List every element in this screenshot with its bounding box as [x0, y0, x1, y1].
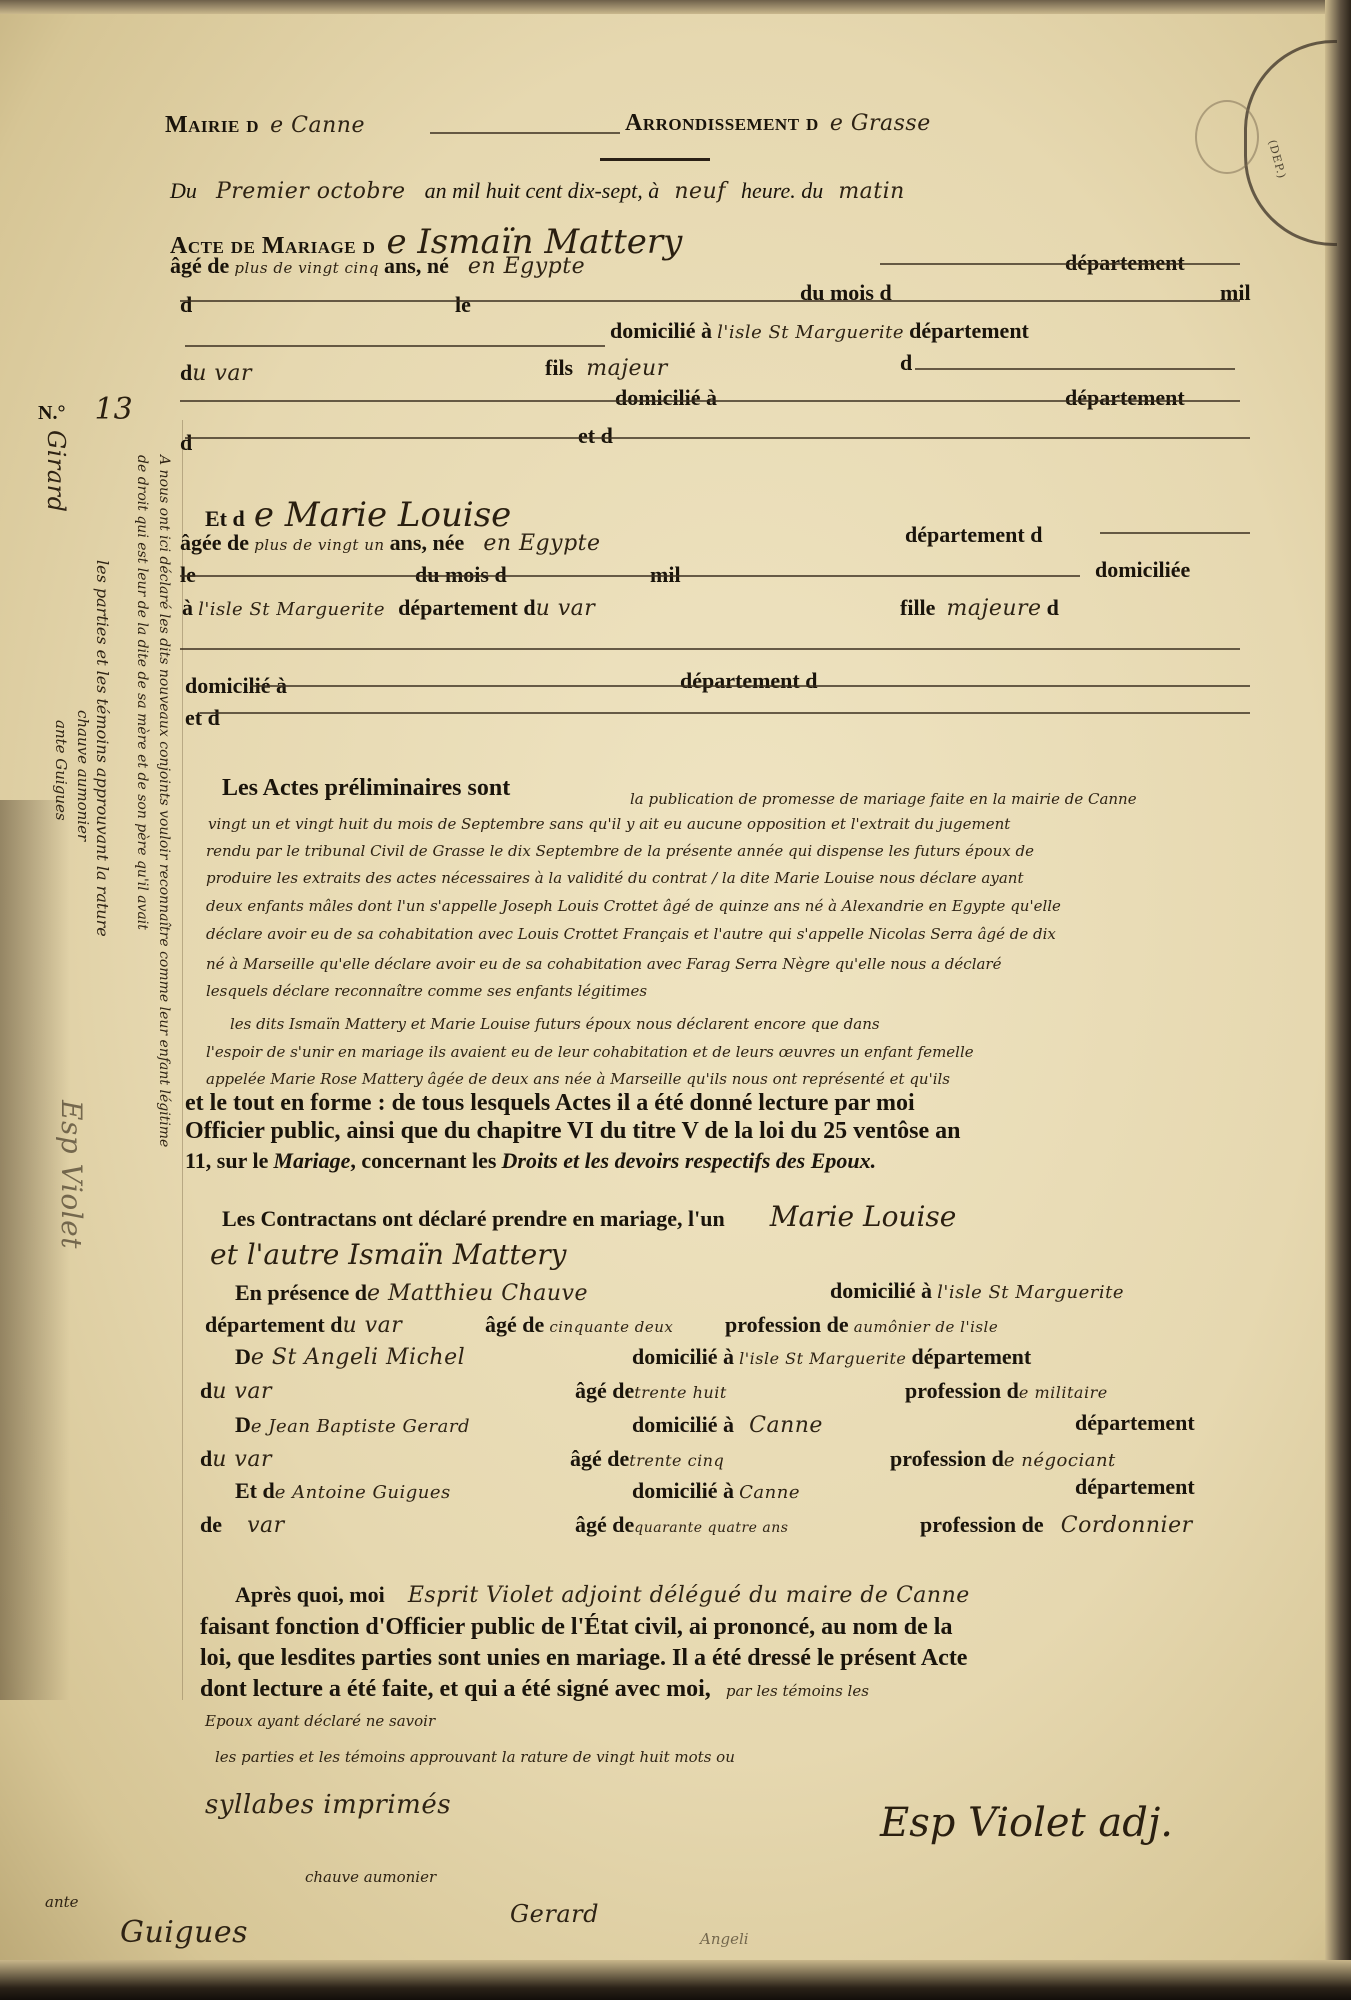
- margin-signature-chauve: chauve aumonier: [74, 710, 92, 841]
- witness-row-2: De St Angeli Michel: [235, 1344, 465, 1370]
- mairie-line: Mairie d e Canne: [165, 112, 365, 139]
- witness-row-3: De Jean Baptiste Gerard: [235, 1412, 470, 1438]
- wife-name-line: Et d e Marie Louise: [205, 495, 511, 535]
- husband-domicile-line: domicilié à l'isle St Marguerite départe…: [610, 318, 1029, 344]
- preliminaries-label: Les Actes préliminaires sont: [222, 775, 510, 802]
- wife-age-line: âgée de plus de vingt un ans, née en Egy…: [180, 530, 601, 556]
- signature-gerard: Gerard: [510, 1900, 599, 1928]
- wife-status-line: fille majeure d: [900, 595, 1059, 621]
- officer-line: Après quoi, moi Esprit Violet adjoint dé…: [235, 1582, 970, 1608]
- witness-row-4: Et de Antoine Guigues: [235, 1478, 451, 1504]
- margin-signature-girard: Girard: [42, 430, 70, 512]
- time-of-day: matin: [838, 179, 905, 204]
- record-number: N.° 13: [38, 392, 133, 427]
- register-page: (DEP.) Mairie d e Canne Arrondissement d…: [0, 0, 1351, 2000]
- margin-note-2: de droit qui est leur de la dite de sa m…: [134, 455, 150, 930]
- husband-domicile: l'isle St Marguerite: [717, 322, 904, 343]
- declaration-line: Les Contractans ont déclaré prendre en m…: [222, 1200, 956, 1233]
- officer-name: Esprit Violet adjoint délégué du maire d…: [408, 1583, 970, 1608]
- wife-dept: u var: [536, 596, 596, 621]
- margin-note-3: les parties et les témoins approuvant la…: [93, 560, 112, 937]
- husband-dept-line: du var: [180, 360, 252, 386]
- witness-label: chauve aumonier: [305, 1868, 436, 1886]
- spouse-two: et l'autre Ismaïn Mattery: [210, 1238, 566, 1271]
- wife-age: plus de vingt un: [254, 536, 384, 554]
- witness-row-1: En présence de Matthieu Chauve: [235, 1280, 588, 1306]
- date-line: Du Premier octobre an mil huit cent dix-…: [170, 178, 905, 204]
- law-reference: 11, sur le Mariage, concernant les Droit…: [185, 1148, 876, 1174]
- wife-status: majeure: [947, 596, 1042, 621]
- mairie-value: e Canne: [270, 113, 365, 138]
- wife-birthplace: en Egypte: [483, 531, 600, 556]
- wife-name: e Marie Louise: [254, 495, 511, 535]
- header-divider: [600, 158, 710, 161]
- arrondissement-line: Arrondissement d e Grasse: [625, 110, 931, 137]
- husband-fils-line: fils majeur: [545, 355, 668, 381]
- wife-domicile-line: à l'isle St Marguerite département du va…: [182, 595, 595, 621]
- flourish-icon: [1195, 100, 1259, 174]
- binding-edge: [1325, 0, 1351, 2000]
- husband-status: majeur: [586, 356, 668, 381]
- husband-birthplace: en Egypte: [468, 254, 585, 279]
- arrondissement-value: e Grasse: [830, 111, 931, 136]
- margin-signature-guigues: ante Guigues: [52, 720, 70, 821]
- hour-value: neuf: [674, 179, 726, 204]
- date-value: Premier octobre: [216, 179, 406, 204]
- signature-angeli: Angeli: [700, 1930, 749, 1948]
- page-top-edge: [0, 0, 1351, 14]
- signature-guigues: Guigues: [120, 1915, 248, 1950]
- margin-signature-violet: Esp Violet: [55, 1100, 88, 1249]
- husband-dept: u var: [192, 361, 252, 386]
- husband-age: plus de vingt cinq: [234, 259, 379, 277]
- wife-domicile: l'isle St Marguerite: [198, 599, 385, 620]
- officer-signature: Esp Violet adj.: [880, 1800, 1173, 1846]
- husband-age-line: âgé de plus de vingt cinq ans, né en Egy…: [170, 253, 585, 279]
- margin-note-1: A nous ont ici déclaré les dits nouveaux…: [156, 455, 172, 1147]
- page-shadow: [0, 800, 70, 1700]
- page-bottom-edge: [0, 1960, 1351, 2000]
- spouse-one: Marie Louise: [770, 1200, 957, 1233]
